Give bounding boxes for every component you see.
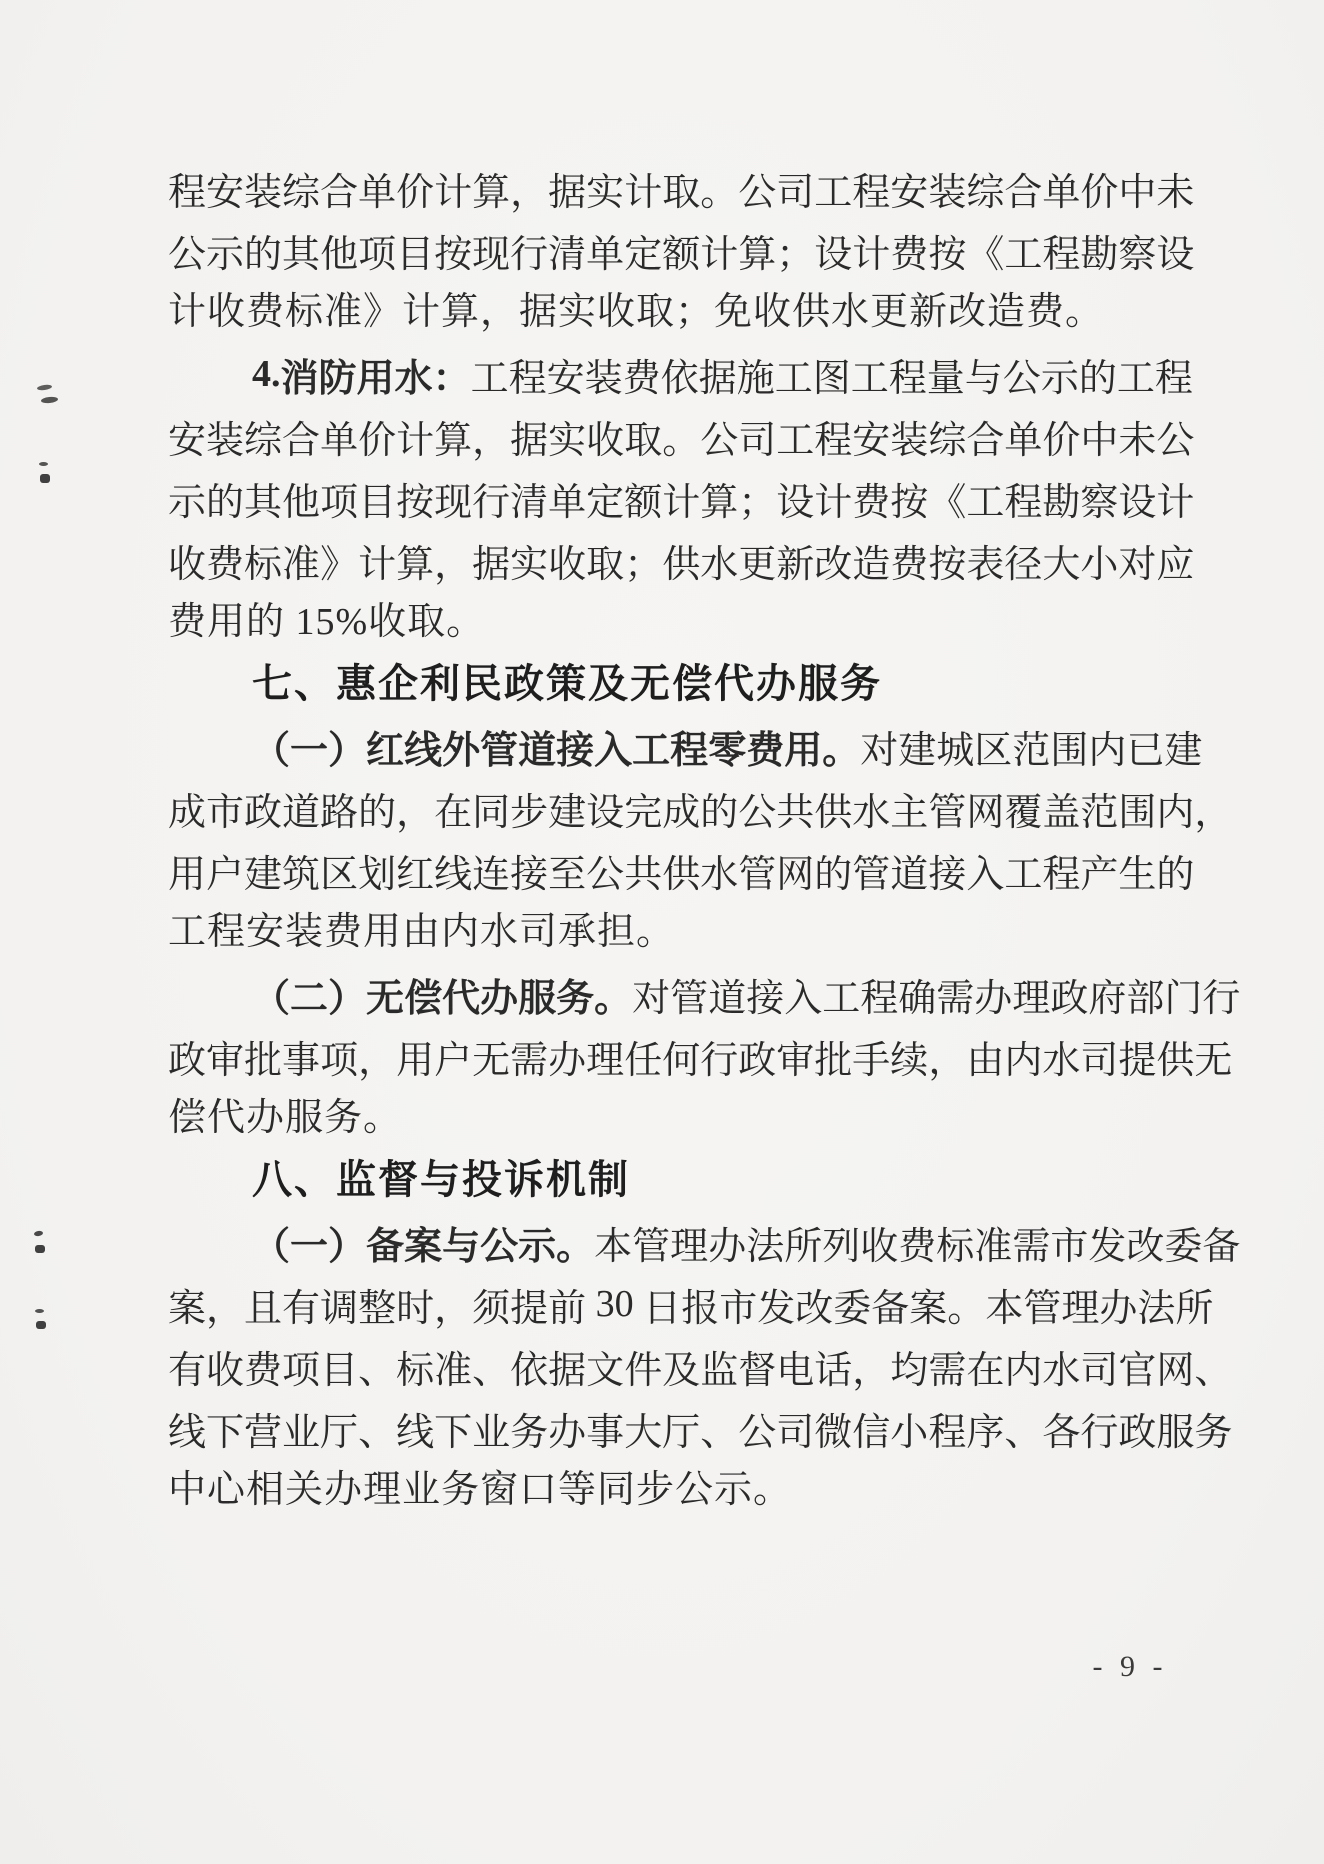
text-line: 收费标准》计算，据实收取；供水更新改造费按表径大小对应 bbox=[168, 529, 1172, 591]
text-line: （一）红线外管道接入工程零费用。对建城区范围内已建 bbox=[168, 715, 1172, 777]
text-line: 中心相关办理业务窗口等同步公示。 bbox=[168, 1459, 1172, 1521]
text-line: 有收费项目、标准、依据文件及监督电话，均需在内水司官网、 bbox=[168, 1335, 1172, 1397]
scan-mark bbox=[35, 1309, 44, 1313]
text-line: 费用的 15%收取。 bbox=[168, 591, 1172, 653]
document-body: 程安装综合单价计算，据实计取。公司工程安装综合单价中未公示的其他项目按现行清单定… bbox=[168, 157, 1172, 1521]
text-line: 安装综合单价计算，据实收取。公司工程安装综合单价中未公 bbox=[168, 405, 1172, 467]
text-line: 4.消防用水：工程安装费依据施工图工程量与公示的工程 bbox=[168, 343, 1172, 405]
scan-mark bbox=[39, 462, 48, 466]
scan-mark bbox=[35, 1245, 45, 1253]
scan-mark bbox=[40, 474, 50, 483]
section-heading: 八、监督与投诉机制 bbox=[168, 1149, 1172, 1211]
text-line: 程安装综合单价计算，据实计取。公司工程安装综合单价中未 bbox=[168, 157, 1172, 219]
text-line: 公示的其他项目按现行清单定额计算；设计费按《工程勘察设 bbox=[168, 219, 1172, 281]
text-line: 成市政道路的，在同步建设完成的公共供水主管网覆盖范围内， bbox=[168, 777, 1172, 839]
scan-mark bbox=[41, 396, 59, 404]
text-line: 偿代办服务。 bbox=[168, 1087, 1172, 1149]
text-line: 用户建筑区划红线连接至公共供水管网的管道接入工程产生的 bbox=[168, 839, 1172, 901]
scan-mark bbox=[37, 384, 53, 391]
text-line: （二）无偿代办服务。对管道接入工程确需办理政府部门行 bbox=[168, 963, 1172, 1025]
text-line: 线下营业厅、线下业务办事大厅、公司微信小程序、各行政服务 bbox=[168, 1397, 1172, 1459]
scan-mark bbox=[36, 1321, 46, 1329]
text-line: 计收费标准》计算，据实收取；免收供水更新改造费。 bbox=[168, 281, 1172, 343]
text-line: 案，且有调整时，须提前 30 日报市发改委备案。本管理办法所 bbox=[168, 1273, 1172, 1335]
text-line: 示的其他项目按现行清单定额计算；设计费按《工程勘察设计 bbox=[168, 467, 1172, 529]
text-line: 工程安装费用由内水司承担。 bbox=[168, 901, 1172, 963]
scan-mark bbox=[34, 1230, 44, 1236]
scanned-document-page: 程安装综合单价计算，据实计取。公司工程安装综合单价中未公示的其他项目按现行清单定… bbox=[0, 0, 1324, 1864]
text-line: （一）备案与公示。本管理办法所列收费标准需市发改委备 bbox=[168, 1211, 1172, 1273]
text-line: 政审批事项，用户无需办理任何行政审批手续，由内水司提供无 bbox=[168, 1025, 1172, 1087]
section-heading: 七、惠企利民政策及无偿代办服务 bbox=[168, 653, 1172, 715]
page-number: - 9 - bbox=[1080, 1650, 1180, 1684]
